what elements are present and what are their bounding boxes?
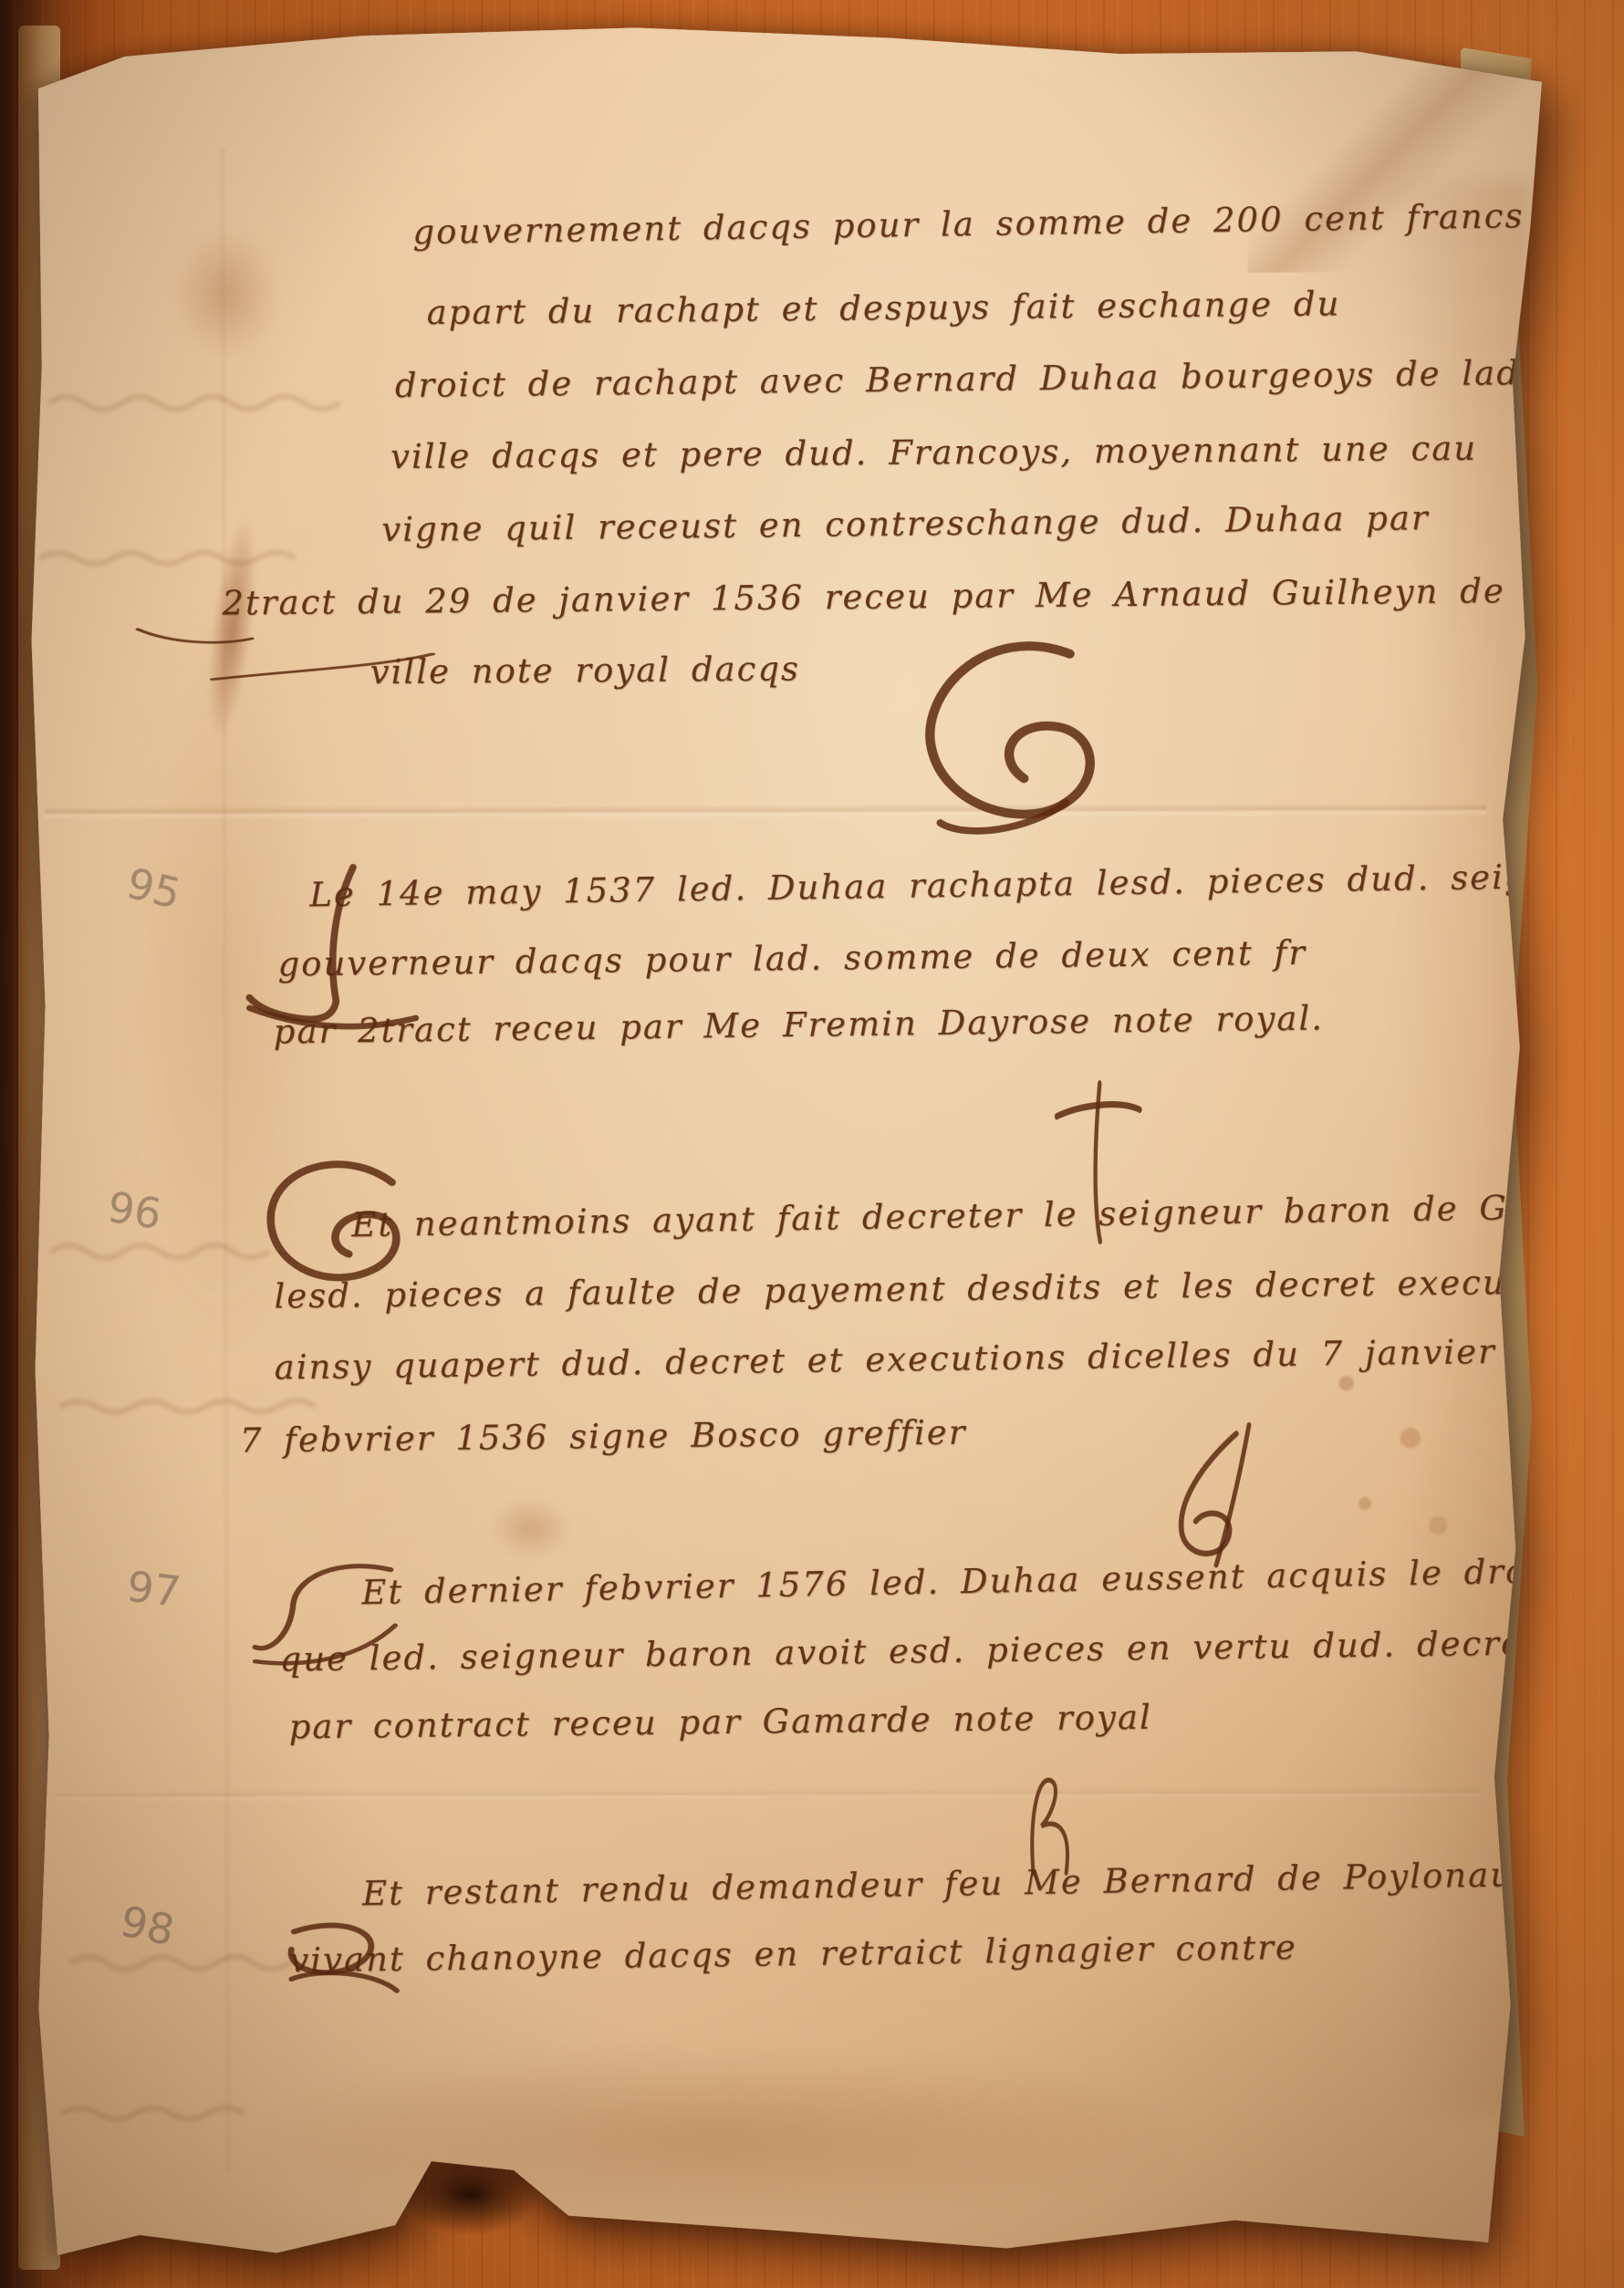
manuscript-line: ville dacqs et pere dud. Francoys, moyen… <box>390 429 1477 476</box>
manuscript-line: par contract receu par Gamarde note roya… <box>288 1698 1152 1747</box>
manuscript-line: lesd. pieces a faulte de payement desdit… <box>274 1262 1561 1316</box>
initial-letter-paraph <box>255 1146 411 1292</box>
initial-letter-paraph <box>266 1908 403 2026</box>
cross-mark <box>1045 1080 1145 1244</box>
initial-letter-swash <box>252 1552 398 1670</box>
folio-number: 95 <box>122 858 186 919</box>
manuscript-line: par 2tract receu par Me Fremin Dayrose n… <box>273 998 1324 1051</box>
manuscript-line: ainsy quapert dud. decret et executions … <box>274 1332 1496 1388</box>
manuscript-line: 2tract du 29 de janvier 1536 receu par M… <box>222 571 1560 623</box>
right-edge-aging <box>1393 181 1536 2115</box>
folio-number: 97 <box>124 1562 183 1617</box>
manuscript-line: vigne quil receust en contreschange dud.… <box>381 498 1430 549</box>
manuscript-line: Le 14e may 1537 led. Duhaa rachapta lesd… <box>309 856 1615 914</box>
manuscript-line: gouvernement dacqs pour la somme de 200 … <box>412 195 1581 252</box>
manuscript-page: 95 96 97 98 gouvernement dacqs pour la s… <box>25 16 1549 2269</box>
paper-sheet: 95 96 97 98 gouvernement dacqs pour la s… <box>25 16 1549 2269</box>
manuscript-line: Et dernier febvrier 1576 led. Duhaa euss… <box>361 1551 1577 1612</box>
manuscript-line: Et restant rendu demandeur feu Me Bernar… <box>362 1855 1542 1913</box>
bleed-through-marks <box>48 375 377 431</box>
manuscript-line: apart du rachapt et despuys fait eschang… <box>426 284 1340 332</box>
paraph-flourish <box>1137 1422 1265 1568</box>
corner-stain <box>157 206 294 380</box>
horizontal-crease <box>57 1786 1480 1803</box>
bleed-through-marks <box>39 530 340 586</box>
initial-letter-swash <box>245 858 419 1032</box>
vertical-crease <box>218 148 233 2173</box>
manuscript-line: Et neantmoins ayant fait decreter le sei… <box>351 1186 1624 1244</box>
bleed-through-marks <box>62 2085 336 2141</box>
manuscript-line: vivant chanoyne dacqs en retraict lignag… <box>289 1928 1297 1980</box>
small-stain <box>475 1488 585 1570</box>
photo-background: 95 96 97 98 gouvernement dacqs pour la s… <box>0 0 1624 2288</box>
folio-number: 96 <box>104 1182 164 1239</box>
line-lead-in-stroke <box>209 621 437 704</box>
horizontal-crease <box>45 803 1486 821</box>
manuscript-line: gouverneur dacqs pour lad. somme de deux… <box>277 933 1306 984</box>
manuscript-line: que led. seigneur baron avoit esd. piece… <box>279 1623 1538 1679</box>
manuscript-line: droict de rachapt avec Bernard Duhaa bou… <box>395 353 1533 405</box>
paraph-flourish <box>1013 1769 1095 1878</box>
folio-number: 98 <box>116 1896 178 1955</box>
notary-paraph-flourish <box>902 638 1113 839</box>
manuscript-line: 7 febvrier 1536 signe Bosco greffier <box>240 1413 967 1461</box>
